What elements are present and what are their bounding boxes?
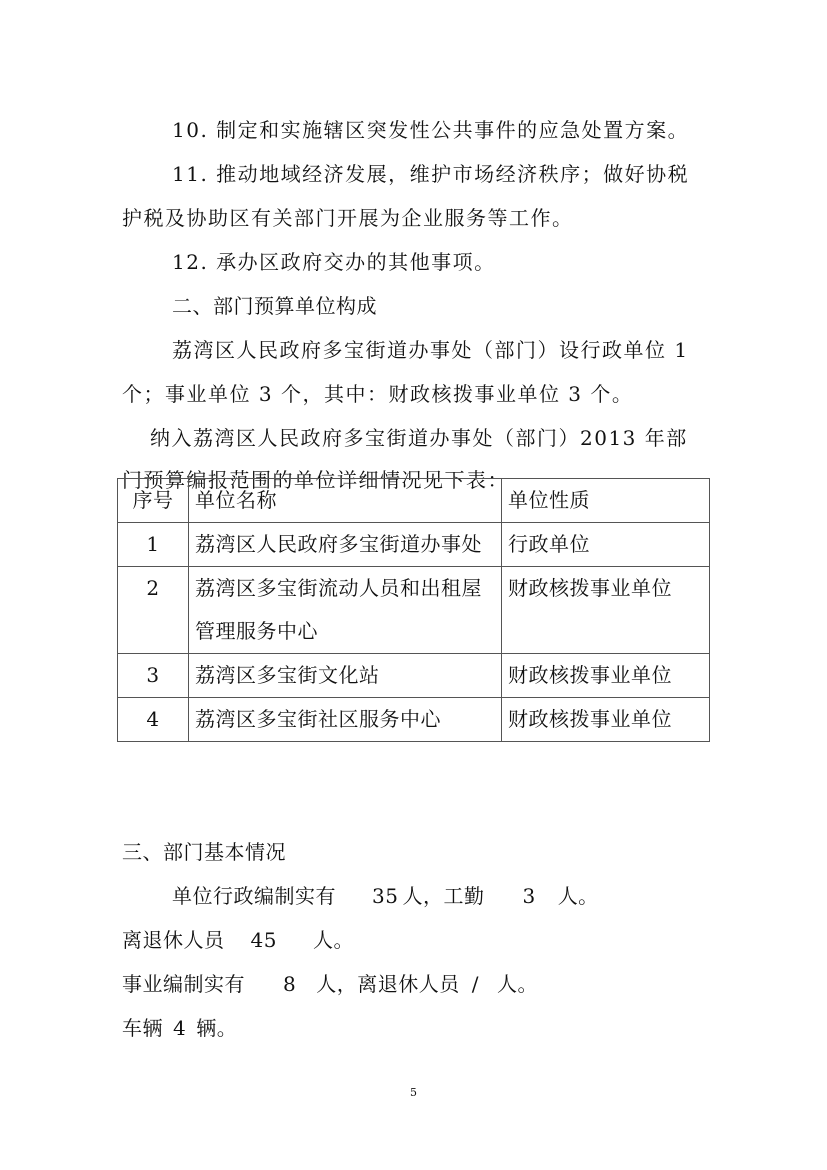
person-end: 人。 (558, 884, 599, 908)
item-10: 10. 制定和实施辖区突发性公共事件的应急处置方案。 (172, 118, 689, 142)
workers-label: 工勤 (443, 884, 484, 908)
vehicles-line: 车辆4辆。 (122, 1016, 237, 1040)
row-no: 2 (118, 567, 189, 654)
workers-count: 3 (522, 884, 535, 908)
inst-retired-count: / (472, 972, 479, 996)
section-2-para1-line1: 荔湾区人民政府多宝街道办事处（部门）设行政单位 1 (172, 338, 689, 362)
inst-retired-label: 人，离退休人员 (316, 972, 460, 996)
row-name: 荔湾区多宝街社区服务中心 (189, 698, 502, 742)
inst-retired-end: 人。 (497, 972, 538, 996)
table-row: 2 荔湾区多宝街流动人员和出租屋管理服务中心 财政核拨事业单位 (118, 567, 710, 654)
retired-end: 人。 (313, 928, 354, 952)
retired-label: 离退休人员 (122, 928, 225, 952)
row-no: 3 (118, 654, 189, 698)
section-2-title: 二、部门预算单位构成 (172, 294, 377, 318)
row-type: 行政单位 (502, 523, 710, 567)
vehicles-label: 车辆 (122, 1016, 163, 1040)
admin-staff-count: 35 (372, 884, 398, 908)
item-11-line2: 护税及协助区有关部门开展为企业服务等工作。 (122, 206, 574, 230)
row-type: 财政核拨事业单位 (502, 567, 710, 654)
header-type: 单位性质 (502, 479, 710, 523)
row-name: 荔湾区多宝街文化站 (189, 654, 502, 698)
section-2-para2-line1: 纳入荔湾区人民政府多宝街道办事处（部门）2013 年部 (150, 426, 688, 450)
admin-staff-line: 单位行政编制实有35人，工勤3人。 (172, 884, 599, 908)
admin-staff-label: 单位行政编制实有 (172, 884, 336, 908)
table-row: 1 荔湾区人民政府多宝街道办事处 行政单位 (118, 523, 710, 567)
row-type: 财政核拨事业单位 (502, 698, 710, 742)
budget-units-table: 序号 单位名称 单位性质 1 荔湾区人民政府多宝街道办事处 行政单位 2 荔湾区… (117, 478, 710, 742)
row-name: 荔湾区多宝街流动人员和出租屋管理服务中心 (189, 567, 502, 654)
row-no: 4 (118, 698, 189, 742)
table-row: 4 荔湾区多宝街社区服务中心 财政核拨事业单位 (118, 698, 710, 742)
vehicles-unit: 辆。 (196, 1016, 237, 1040)
header-name: 单位名称 (189, 479, 502, 523)
item-12: 12. 承办区政府交办的其他事项。 (172, 250, 496, 274)
retired-line: 离退休人员45人。 (122, 928, 354, 952)
header-no: 序号 (118, 479, 189, 523)
section-3-title: 三、部门基本情况 (122, 840, 286, 864)
retired-count: 45 (251, 928, 277, 952)
row-type: 财政核拨事业单位 (502, 654, 710, 698)
page-number: 5 (0, 1086, 827, 1099)
inst-staff-count: 8 (283, 972, 296, 996)
inst-staff-label: 事业编制实有 (122, 972, 245, 996)
table-row: 3 荔湾区多宝街文化站 财政核拨事业单位 (118, 654, 710, 698)
vehicles-count: 4 (173, 1016, 186, 1040)
person-unit: 人， (402, 884, 443, 908)
section-2-para1-line2: 个；事业单位 3 个，其中：财政核拨事业单位 3 个。 (122, 382, 633, 406)
row-name: 荔湾区人民政府多宝街道办事处 (189, 523, 502, 567)
row-no: 1 (118, 523, 189, 567)
table-header-row: 序号 单位名称 单位性质 (118, 479, 710, 523)
item-11-line1: 11. 推动地域经济发展，维护市场经济秩序；做好协税 (172, 162, 689, 186)
institution-staff-line: 事业编制实有8人，离退休人员/人。 (122, 972, 538, 996)
